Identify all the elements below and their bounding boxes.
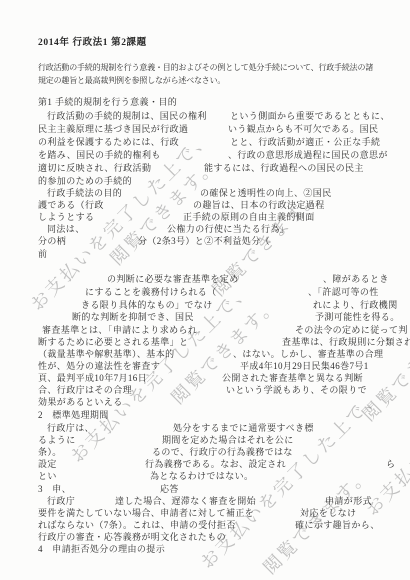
text-line: の利益を保護するためには、行政とと、行政活動が適正・公正な手続: [0, 137, 410, 149]
text-segment: 性が、処分の違法性を審査す: [38, 361, 160, 372]
text-segment: 行政庁は、: [47, 423, 94, 434]
text-segment: いという学説もあり、その限りで: [226, 385, 367, 396]
text-segment: 同法は、: [47, 224, 85, 235]
text-segment: きる限り具体的なもの」でなけ: [81, 300, 213, 311]
text-segment: 申請が形式: [325, 496, 372, 507]
text-segment: という側面から重要であるとともに、: [230, 111, 390, 122]
text-segment: 行政活動の手続的規制を行う意義・目的およびその例として処分手続について、行政手続…: [38, 62, 373, 73]
text-segment: 断するために必要とされる基準」と: [38, 337, 188, 348]
text-segment: 2014年 行政法1 第2課題: [38, 38, 147, 49]
text-line: 4 申請拒否処分の理由の提示: [0, 544, 410, 556]
text-segment: を踏み、国民の手続的権利も: [38, 150, 161, 161]
text-segment: 行為義務である。なお、設定され: [145, 459, 286, 470]
text-line: るように期間を定めた場合はそれを公に: [0, 435, 410, 447]
text-segment: 、はない。しかし、審査基準の合理: [233, 349, 383, 360]
text-segment: 行政手続法の目的: [47, 188, 122, 199]
text-segment: 期間を定めた場合はそれを公に: [162, 435, 294, 446]
text-segment: 第1 手続的規制を行う意義・目的: [38, 97, 177, 108]
text-line: 規定の趣旨と最高裁判例を参照しながら述べなさい。: [0, 75, 410, 87]
text-segment: しようとする: [38, 212, 94, 223]
text-line: とい為となるわけではない。: [0, 471, 410, 483]
text-segment: 合、行政庁はその合理: [38, 385, 132, 396]
text-segment: いう観点からも不可欠である。国民: [228, 124, 378, 135]
text-segment: 、行政の意思形成過程に国民の意思が: [228, 150, 388, 161]
text-segment: 公権力の行使に当たる行為」: [167, 224, 289, 235]
text-line: 行政庁は、処分をするまでに通常要すべき標: [0, 423, 410, 435]
text-segment: 分（2条3号）と②不利益処分（: [138, 236, 270, 247]
text-segment: 要件を満たしていない場合、申請者に対して補正を: [38, 508, 254, 519]
text-segment: 平成4年10月29日民集46巻7号1: [240, 361, 369, 372]
text-line: 断的な判断を抑制でき、国民予測可能性を得る。: [0, 312, 410, 324]
text-line: 行政庁達した場合、遅滞なく審査を開始申請が形式: [0, 496, 410, 508]
text-line: きる限り具体的なもの」でなけれにより、行政機関: [0, 300, 410, 312]
text-line: を踏み、国民の手続的権利も、行政の意思形成過程に国民の意思が: [0, 150, 410, 162]
text-line: 行政活動の手続的規制を行う意義・目的およびその例として処分手続について、行政手続…: [0, 62, 410, 74]
text-line: 性が、処分の違法性を審査す平成4年10月29日民集46巻7号1: [0, 361, 410, 373]
text-segment: 査基準は、行政規則に分類され: [282, 337, 410, 348]
text-line: 条）。るので、行政庁の行為義務ではな: [0, 447, 410, 459]
text-line: 前: [0, 249, 410, 261]
text-segment: その法令の定めに従って判: [295, 325, 408, 336]
text-line: ればならない（7条）。これは、申請の受付拒否確に示す趣旨から、: [0, 520, 410, 532]
text-segment: 規定の趣旨と最高裁判例を参照しながら述べなさい。: [38, 75, 225, 86]
text-segment: の利益を保護するためには、行政: [38, 137, 179, 148]
text-segment: ら: [386, 459, 395, 470]
text-segment: 予測可能性を得る。: [315, 312, 400, 323]
text-segment: ればならない（7条）。これは、申請の受付拒否: [38, 520, 236, 531]
text-line: 2 標準処理期間: [0, 410, 410, 422]
text-segment: の趣旨は、日本の行政決定過程: [193, 200, 325, 211]
text-line: 行政活動の手続的規制は、国民の権利という側面から重要であるとともに、: [0, 111, 410, 123]
text-segment: 応答: [160, 484, 179, 495]
text-line: 分の柄分（2条3号）と②不利益処分（: [0, 236, 410, 248]
text-segment: 条）。: [38, 447, 62, 458]
text-line: 3 申、応答: [0, 484, 410, 496]
text-segment: 護である（行政: [38, 200, 104, 211]
text-segment: 行政活動の手続的規制は、国民の権利: [47, 111, 207, 122]
text-line: 合、行政庁はその合理いという学説もあり、その限りで: [0, 385, 410, 397]
text-line: 適切に反映され、行政活動能するには、行政過程への国民の民主: [0, 163, 410, 175]
text-line: 断するために必要とされる基準」と査基準は、行政規則に分類され: [0, 337, 410, 349]
text-segment: とと、行政活動が適正・公正な手続: [230, 137, 380, 148]
text-segment: 、「許認可等の性: [308, 287, 379, 298]
text-line: しようとする正手続の原則の自由主義的側面: [0, 212, 410, 224]
text-line: の判断に必要な審査基準を定め、障があるとき: [0, 274, 410, 286]
text-line: にすることを義務付けられる（、「許認可等の性: [0, 287, 410, 299]
text-segment: 公開された審査基準と異なる判断: [222, 373, 363, 384]
text-line: 要件を満たしていない場合、申請者に対して補正を対応をしなけ: [0, 508, 410, 520]
text-segment: 行政庁の審査・応答義務が明文化されたもの: [38, 532, 226, 543]
text-segment: 前: [38, 249, 47, 260]
text-segment: にすることを義務付けられる（: [85, 287, 217, 298]
text-line: 的参加のための手続的: [0, 176, 410, 188]
text-segment: 能するには、行政過程への国民の民主: [204, 163, 364, 174]
text-segment: るように: [38, 435, 76, 446]
text-line: （裁量基準や解釈基準）、基本的、はない。しかし、審査基準の合理: [0, 349, 410, 361]
text-segment: 、障があるとき: [323, 274, 389, 285]
document-page: お支払いを完了した上で、閲覧できます。閲覧できます。お支払いを完了した上で、閲覧…: [0, 0, 410, 580]
text-segment: の判断に必要な審査基準を定め: [107, 274, 239, 285]
text-segment: 3 申、: [38, 484, 71, 495]
text-line: 効果があるといえる: [0, 397, 410, 409]
page-title: 2014年 行政法1 第2課題: [0, 38, 410, 50]
text-segment: の確保と透明性の向上、②国民: [200, 188, 332, 199]
text-segment: 審査基準とは、「申請により求められ: [42, 325, 197, 336]
text-segment: 対応をしなけ: [300, 508, 356, 519]
text-segment: 設定: [38, 459, 57, 470]
text-segment: 行政庁: [47, 496, 75, 507]
text-segment: 適切に反映され、行政活動: [38, 163, 151, 174]
text-segment: 正手続の原則の自由主義的側面: [183, 212, 315, 223]
text-segment: 4 申請拒否処分の理由の提示: [38, 544, 165, 555]
text-segment: るので、行政庁の行為義務ではな: [152, 447, 293, 458]
text-line: 頁、最判平成10年7月16日公開された審査基準と異なる判断: [0, 373, 410, 385]
text-line: 行政手続法の目的の確保と透明性の向上、②国民: [0, 188, 410, 200]
text-line: 同法は、公権力の行使に当たる行為」: [0, 224, 410, 236]
text-line: 行政庁の審査・応答義務が明文化されたもの: [0, 532, 410, 544]
text-line: 民主主義原理に基づき国民が行政過いう観点からも不可欠である。国民: [0, 124, 410, 136]
text-segment: 断的な判断を抑制でき、国民: [72, 312, 194, 323]
text-line: 第1 手続的規制を行う意義・目的: [0, 97, 410, 109]
text-segment: 為となるわけではない。: [150, 471, 253, 482]
text-segment: 分の柄: [38, 236, 66, 247]
text-line: 設定行為義務である。なお、設定されら: [0, 459, 410, 471]
text-segment: 効果があるといえる: [38, 397, 123, 408]
text-segment: 確に示す趣旨から、: [295, 520, 380, 531]
text-line: 審査基準とは、「申請により求められその法令の定めに従って判: [0, 325, 410, 337]
text-segment: 的参加のための手続的: [38, 176, 132, 187]
text-segment: とい: [38, 471, 57, 482]
text-segment: 民主主義原理に基づき国民が行政過: [38, 124, 188, 135]
text-segment: 2 標準処理期間: [38, 410, 109, 421]
text-segment: 達した場合、遅滞なく審査を開始: [115, 496, 256, 507]
text-segment: （裁量基準や解釈基準）、基本的: [38, 349, 175, 360]
text-segment: 処分をするまでに通常要すべき標: [173, 423, 314, 434]
text-segment: 頁、最判平成10年7月16日: [38, 373, 147, 384]
text-segment: れにより、行政機関: [313, 300, 398, 311]
text-line: 護である（行政の趣旨は、日本の行政決定過程: [0, 200, 410, 212]
